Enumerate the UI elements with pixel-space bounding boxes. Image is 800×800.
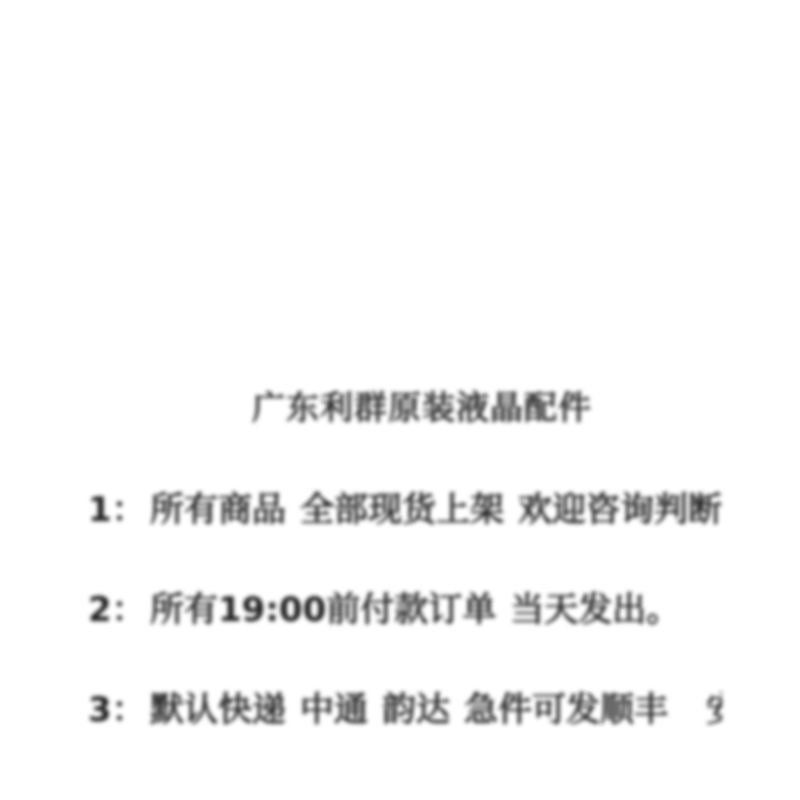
item-text-partial: 安 <box>706 682 722 731</box>
item-text-segment: 所有商品 <box>150 490 286 530</box>
item-text-segment: 全部现货上架 <box>300 490 504 530</box>
notice-item-1: 1：所有商品全部现货上架欢迎咨询判断 <box>88 482 736 531</box>
item-number: 2： <box>88 582 150 631</box>
notice-item-2: 2：所有19:00前付款订单当天发出。 <box>88 582 694 631</box>
item-text-segment: 急件可发顺丰 <box>464 690 668 730</box>
item-number: 3： <box>88 682 150 731</box>
notice-item-3: 3：默认快递中通韵达急件可发顺丰安 <box>88 682 722 731</box>
item-text-segment: 中通 <box>300 690 368 730</box>
item-text-segment: 默认快递 <box>150 690 286 730</box>
document-title: 广东利群原装液晶配件 <box>252 382 652 429</box>
item-number: 1： <box>88 482 150 531</box>
item-text-segment: 所有19:00前付款订单 <box>150 590 496 630</box>
item-text-segment: 韵达 <box>382 690 450 730</box>
item-text-segment: 欢迎咨询判断 <box>518 490 722 530</box>
notice-document: 广东利群原装液晶配件 1：所有商品全部现货上架欢迎咨询判断 2：所有19:00前… <box>0 0 800 800</box>
item-text-segment: 当天发出。 <box>510 590 680 630</box>
